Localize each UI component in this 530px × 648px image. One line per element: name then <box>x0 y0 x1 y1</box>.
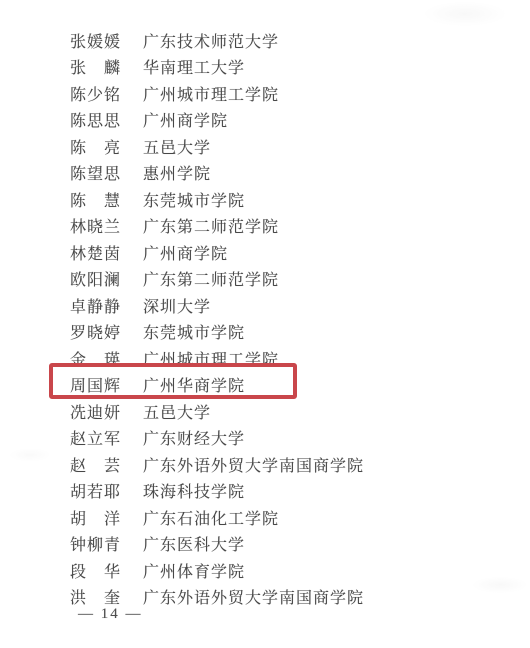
university-name: 广州商学院 <box>143 241 228 264</box>
roster-list: 张媛媛 广东技术师范大学 张 麟 华南理工大学 陈少铭 广州城市理工学院 陈思思… <box>0 27 530 610</box>
roster-row: 陈望思 惠州学院 <box>0 160 530 187</box>
person-name: 冼迪妍 <box>70 400 124 423</box>
university-name: 广州华商学院 <box>143 373 245 396</box>
person-name: 张媛媛 <box>70 29 124 52</box>
university-name: 广州城市理工学院 <box>143 82 279 105</box>
roster-row: 冼迪妍 五邑大学 <box>0 398 530 425</box>
person-name: 周国辉 <box>70 373 124 396</box>
roster-row: 陈少铭 广州城市理工学院 <box>0 80 530 107</box>
roster-row: 段 华 广州体育学院 <box>0 557 530 584</box>
university-name: 广东第二师范学院 <box>143 267 279 290</box>
roster-row: 陈 慧 东莞城市学院 <box>0 186 530 213</box>
roster-row: 欧阳澜 广东第二师范学院 <box>0 266 530 293</box>
university-name: 华南理工大学 <box>143 55 245 78</box>
person-name: 金 瑛 <box>70 347 124 370</box>
roster-row: 林楚茵 广州商学院 <box>0 239 530 266</box>
person-name: 陈望思 <box>70 161 124 184</box>
page-number: — 14 — <box>78 606 143 623</box>
university-name: 广东医科大学 <box>143 532 245 555</box>
roster-row: 胡 洋 广东石油化工学院 <box>0 504 530 531</box>
person-name: 林晓兰 <box>70 214 124 237</box>
person-name: 陈思思 <box>70 108 124 131</box>
university-name: 五邑大学 <box>143 135 211 158</box>
person-name: 罗晓婷 <box>70 320 124 343</box>
university-name: 广东石油化工学院 <box>143 506 279 529</box>
roster-row: 胡若耶 珠海科技学院 <box>0 478 530 505</box>
university-name: 广东外语外贸大学南国商学院 <box>143 453 364 476</box>
university-name: 东莞城市学院 <box>143 188 245 211</box>
roster-row: 赵 芸 广东外语外贸大学南国商学院 <box>0 451 530 478</box>
person-name: 赵立军 <box>70 426 124 449</box>
university-name: 深圳大学 <box>143 294 211 317</box>
person-name: 赵 芸 <box>70 453 124 476</box>
university-name: 惠州学院 <box>143 161 211 184</box>
person-name: 欧阳澜 <box>70 267 124 290</box>
roster-row: 周国辉 广州华商学院 <box>0 372 530 399</box>
roster-row: 卓静静 深圳大学 <box>0 292 530 319</box>
person-name: 林楚茵 <box>70 241 124 264</box>
university-name: 珠海科技学院 <box>143 479 245 502</box>
university-name: 东莞城市学院 <box>143 320 245 343</box>
roster-row: 陈 亮 五邑大学 <box>0 133 530 160</box>
university-name: 广东第二师范学院 <box>143 214 279 237</box>
person-name: 陈少铭 <box>70 82 124 105</box>
person-name: 胡若耶 <box>70 479 124 502</box>
roster-row: 陈思思 广州商学院 <box>0 107 530 134</box>
university-name: 广东技术师范大学 <box>143 29 279 52</box>
person-name: 陈 亮 <box>70 135 124 158</box>
university-name: 广东财经大学 <box>143 426 245 449</box>
roster-row: 金 瑛 广州城市理工学院 <box>0 345 530 372</box>
university-name: 广州城市理工学院 <box>143 347 279 370</box>
roster-row: 赵立军 广东财经大学 <box>0 425 530 452</box>
university-name: 五邑大学 <box>143 400 211 423</box>
university-name: 广州体育学院 <box>143 559 245 582</box>
university-name: 广东外语外贸大学南国商学院 <box>143 585 364 608</box>
roster-row: 张 麟 华南理工大学 <box>0 54 530 81</box>
person-name: 洪 奎 <box>70 585 124 608</box>
person-name: 段 华 <box>70 559 124 582</box>
roster-row: 林晓兰 广东第二师范学院 <box>0 213 530 240</box>
person-name: 卓静静 <box>70 294 124 317</box>
person-name: 钟柳青 <box>70 532 124 555</box>
person-name: 胡 洋 <box>70 506 124 529</box>
person-name: 张 麟 <box>70 55 124 78</box>
person-name: 陈 慧 <box>70 188 124 211</box>
roster-row: 钟柳青 广东医科大学 <box>0 531 530 558</box>
document-page: 张媛媛 广东技术师范大学 张 麟 华南理工大学 陈少铭 广州城市理工学院 陈思思… <box>0 0 530 648</box>
university-name: 广州商学院 <box>143 108 228 131</box>
roster-row: 张媛媛 广东技术师范大学 <box>0 27 530 54</box>
roster-row: 罗晓婷 东莞城市学院 <box>0 319 530 346</box>
